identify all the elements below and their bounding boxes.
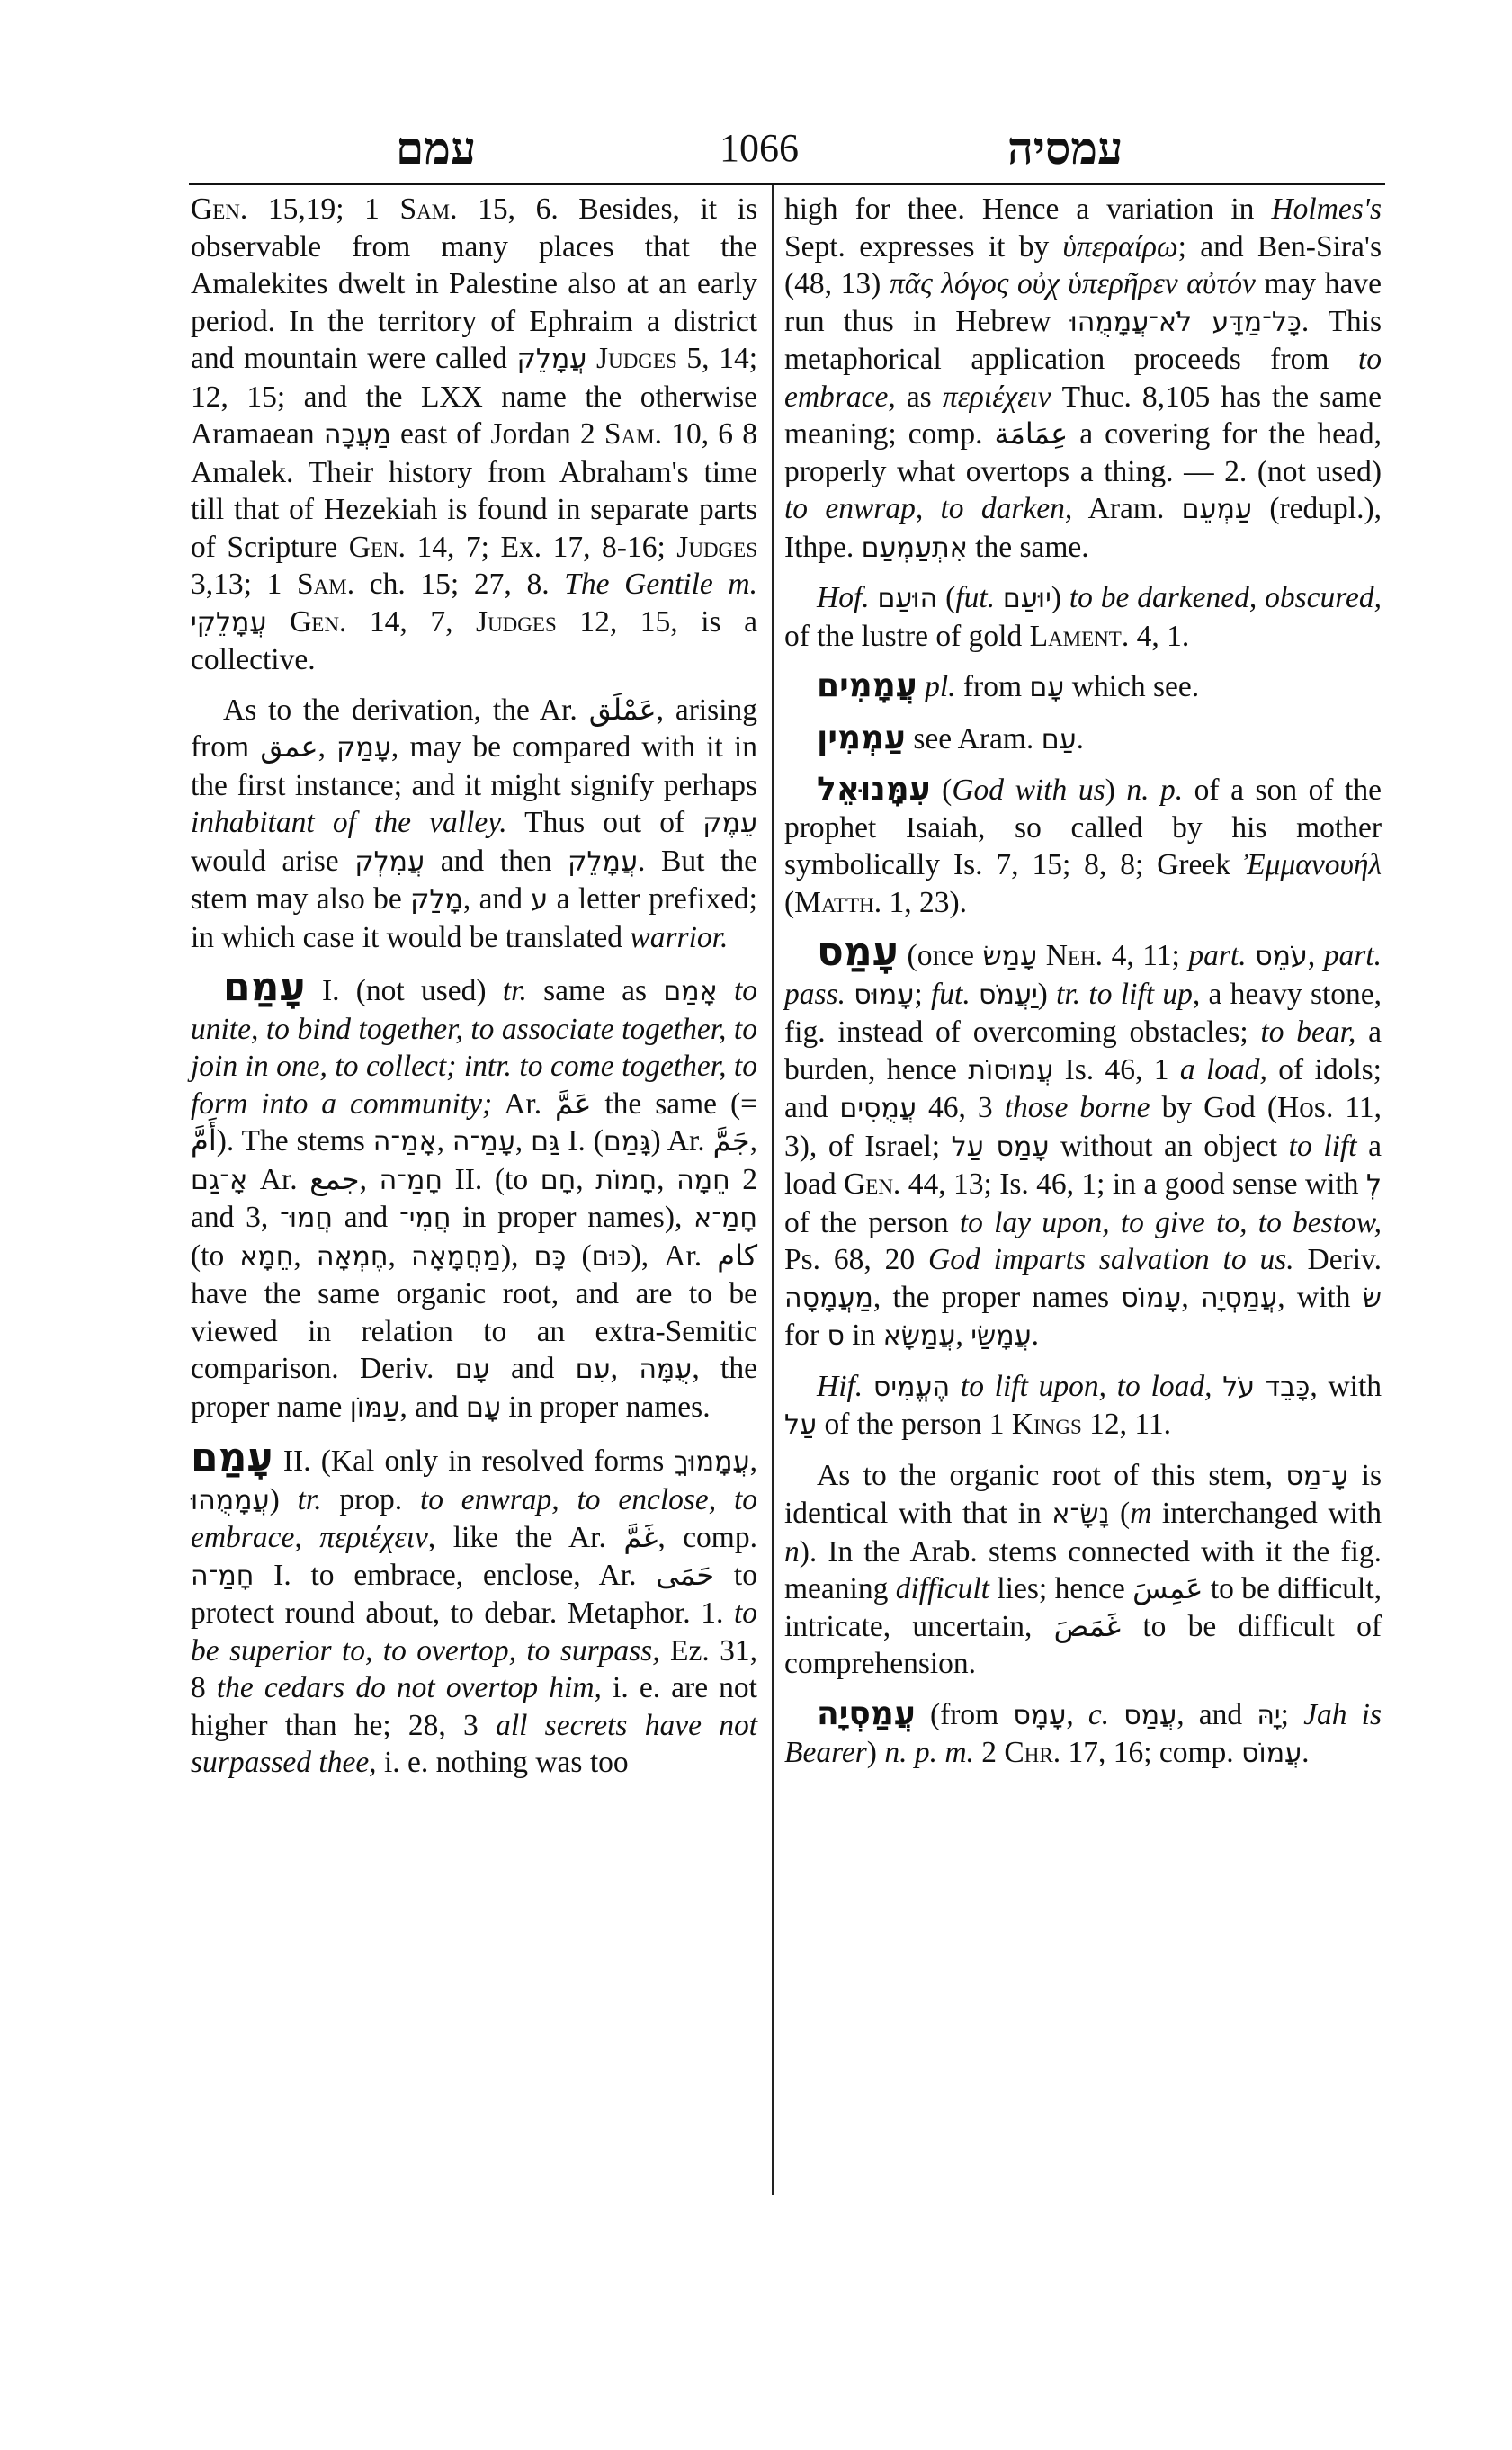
arabic-word: عِمَامَة bbox=[995, 416, 1069, 451]
entry-amam-II-continued: high for thee. Hence a variation in Holm… bbox=[784, 191, 1382, 567]
text: ), Ar. bbox=[631, 1239, 718, 1273]
text: , bbox=[293, 1239, 316, 1273]
text: . bbox=[1077, 722, 1084, 756]
headword: עָמַם bbox=[191, 1435, 273, 1480]
headword: עַמְמִין bbox=[817, 720, 906, 756]
text: in proper names), bbox=[451, 1201, 693, 1234]
subentry-hifil: Hif. הֶעֱמִיס to lift upon, to load, עֹל… bbox=[784, 1368, 1382, 1444]
reference: Judges bbox=[596, 342, 677, 375]
headword: עָמַם bbox=[223, 964, 306, 1010]
text: , bbox=[360, 1163, 380, 1196]
italic-text: a load, bbox=[1180, 1053, 1267, 1086]
hebrew-word: הוּעַם bbox=[878, 583, 938, 614]
hebrew-word: עִם bbox=[576, 1354, 611, 1385]
text: without an object bbox=[1049, 1130, 1288, 1163]
italic-text: to enwrap, to darken, bbox=[784, 492, 1072, 525]
hebrew-word: יוּעַם bbox=[1003, 583, 1051, 614]
italic-text: m bbox=[1130, 1497, 1151, 1530]
text: from bbox=[956, 670, 1030, 703]
hebrew-word: מַחֲמָאָה bbox=[411, 1241, 501, 1273]
text bbox=[1255, 1370, 1266, 1403]
italic-text: pl. bbox=[925, 670, 955, 703]
text: of the person bbox=[784, 1206, 960, 1239]
text: ; bbox=[1281, 1698, 1303, 1731]
hebrew-word: עֲמָלֵק bbox=[568, 846, 638, 878]
text: (from bbox=[916, 1698, 1014, 1731]
text: i. e. nothing was too bbox=[377, 1746, 629, 1779]
arabic-word: جَمَّ bbox=[713, 1123, 750, 1158]
hebrew-word: עֲמָלֵק bbox=[517, 344, 587, 375]
hebrew-word: מָלַק bbox=[410, 884, 463, 916]
text: high for thee. Hence a variation in bbox=[784, 192, 1271, 226]
reference: Gen. bbox=[844, 1167, 900, 1201]
left-column: Gen. 15,19; 1 Sam. 15, 6. Besides, it is… bbox=[191, 191, 757, 1782]
text: ch. 15; 27, 8. bbox=[354, 568, 564, 601]
hebrew-word: אָמַם bbox=[663, 976, 717, 1007]
text bbox=[845, 978, 854, 1011]
text: ) bbox=[270, 1483, 298, 1516]
reference: Neh. bbox=[1046, 939, 1103, 972]
text: , bbox=[750, 1444, 757, 1478]
italic-text: to bear, bbox=[1260, 1015, 1355, 1049]
hebrew-word: עֲמֻסִים bbox=[839, 1093, 917, 1124]
text: 15,19; 1 bbox=[247, 192, 399, 226]
entry-amalek-continued: Gen. 15,19; 1 Sam. 15, 6. Besides, it is… bbox=[191, 191, 757, 679]
text: , like the Ar. bbox=[428, 1521, 623, 1554]
text: , bbox=[1181, 1281, 1201, 1314]
text bbox=[302, 1521, 319, 1554]
text: ). The stems bbox=[217, 1124, 373, 1158]
italic-text: God imparts salvation to us. bbox=[928, 1243, 1294, 1276]
text: ( bbox=[566, 1239, 591, 1273]
greek-word: περιέχειν bbox=[943, 380, 1051, 414]
hebrew-word: אִתְעַמְעַם bbox=[862, 532, 968, 564]
text: Ps. 68, 20 bbox=[784, 1243, 928, 1276]
hebrew-word: עַמְעֵם bbox=[1182, 494, 1252, 525]
text: , bbox=[437, 1124, 452, 1158]
hebrew-word: עֵמֶק bbox=[702, 808, 757, 839]
paragraph-organic-root: As to the organic root of this stem, עָ־… bbox=[784, 1457, 1382, 1683]
text: II. (Kal only in resolved forms bbox=[273, 1444, 675, 1478]
greek-word: περιέχειν bbox=[319, 1521, 428, 1554]
hebrew-word: חָם bbox=[541, 1165, 577, 1196]
text: ) Ar. bbox=[651, 1124, 713, 1158]
reference: Sam. bbox=[399, 192, 457, 226]
text: east of Jordan 2 bbox=[391, 417, 604, 451]
italic-text: difficult bbox=[896, 1572, 989, 1605]
text: would arise bbox=[191, 845, 354, 878]
hebrew-word: כָּם bbox=[534, 1241, 567, 1273]
hebrew-word: עֲמָמוּךָ bbox=[675, 1446, 750, 1478]
reference: Gen. bbox=[290, 605, 346, 639]
text: , and bbox=[463, 882, 532, 916]
reference: Gen. bbox=[349, 531, 406, 564]
headword: עֲמָמִים bbox=[817, 667, 917, 704]
text bbox=[1109, 1698, 1123, 1731]
text: and bbox=[333, 1201, 399, 1234]
text: , bbox=[388, 1239, 410, 1273]
italic-text: fut. bbox=[955, 581, 995, 614]
header-rule bbox=[189, 183, 1385, 185]
text: which see. bbox=[1064, 670, 1199, 703]
text: as bbox=[896, 380, 943, 414]
text: . bbox=[1032, 1319, 1039, 1352]
text: 17, 16; comp. bbox=[1060, 1736, 1241, 1769]
italic-text: to lay upon, to give to, to bestow, bbox=[960, 1206, 1382, 1239]
hebrew-word: עֲמַסְיָה bbox=[1201, 1283, 1277, 1314]
hebrew-word: גָּמַם bbox=[604, 1126, 651, 1158]
text: , bbox=[576, 1163, 595, 1196]
hebrew-word: עֹל bbox=[1222, 1372, 1255, 1403]
hebrew-word: עֹמֵס bbox=[1255, 941, 1308, 972]
hebrew-word: עָמָס bbox=[1013, 1700, 1066, 1731]
text: , bbox=[1066, 1698, 1088, 1731]
text: , the proper names bbox=[873, 1281, 1121, 1314]
text bbox=[1037, 939, 1046, 972]
hebrew-word: חָמוֹת bbox=[595, 1165, 657, 1196]
hebrew-word: חָמַ־ה bbox=[380, 1165, 443, 1196]
hebrew-word: עָמַ־ה bbox=[452, 1126, 515, 1158]
text: see Aram. bbox=[906, 722, 1042, 756]
italic-text: tr. bbox=[503, 974, 527, 1007]
hebrew-phrase: כָּל־מַדָּע לֹא־עֲמָמֻהוּ bbox=[1070, 307, 1302, 338]
hebrew-word: עָמוֹס bbox=[1121, 1283, 1181, 1314]
hebrew-word: חֶמְאָה bbox=[317, 1241, 389, 1273]
text: 4, 1. bbox=[1129, 620, 1189, 653]
reference: Sam. bbox=[604, 417, 662, 451]
text: Deriv. bbox=[1294, 1243, 1382, 1276]
headword: עִמָּנוּאֵל bbox=[817, 771, 931, 808]
hebrew-word: הֶעֱמִיס bbox=[873, 1372, 950, 1403]
left-guideword: עמם bbox=[396, 117, 476, 180]
text: Aram. bbox=[1072, 492, 1181, 525]
right-guideword: עמסיה bbox=[1007, 117, 1123, 180]
hebrew-word: עֲמָמֻהוּ bbox=[191, 1485, 270, 1516]
reference: Judges bbox=[676, 531, 757, 564]
text: ( bbox=[1109, 1497, 1130, 1530]
greek-word: Ἐμμανουήλ bbox=[1244, 848, 1382, 881]
italic-text: to be darkened, obscured, bbox=[1069, 581, 1382, 614]
text: 46, 3 bbox=[917, 1091, 1005, 1124]
text: ) bbox=[1038, 978, 1056, 1011]
hebrew-word: עֲמַשָׂא bbox=[883, 1320, 956, 1352]
italic-text: Hof. bbox=[817, 581, 870, 614]
text bbox=[1212, 1370, 1222, 1403]
text: ) bbox=[1105, 773, 1127, 807]
text: ) bbox=[867, 1736, 885, 1769]
hebrew-word: חֲמוּ־ bbox=[280, 1203, 333, 1234]
hebrew-word: עֲמָשַׂי bbox=[971, 1320, 1031, 1352]
text: As to the organic root of this stem, bbox=[817, 1459, 1285, 1492]
hebrew-word: מַעֲכָה bbox=[324, 419, 391, 451]
text: 3,13; 1 bbox=[191, 568, 297, 601]
hebrew-word: כּוּם bbox=[592, 1241, 631, 1273]
italic-text: the cedars do not overtop him, bbox=[217, 1671, 602, 1704]
text: I. ( bbox=[559, 1124, 604, 1158]
entry-amas: עָמַס (once עָמַשׂ Neh. 4, 11; part. עֹמ… bbox=[784, 934, 1382, 1355]
text: prop. bbox=[322, 1483, 420, 1516]
hebrew-word: חֵמָא bbox=[239, 1241, 293, 1273]
subentry-hofal: Hof. הוּעַם (fut. יוּעַם) to be darkened… bbox=[784, 579, 1382, 655]
text: , comp. bbox=[658, 1521, 757, 1554]
text bbox=[870, 581, 878, 614]
italic-text: inhabitant of the valley. bbox=[191, 806, 507, 839]
text bbox=[267, 605, 291, 639]
text: 1, 23). bbox=[881, 886, 967, 919]
text bbox=[917, 670, 925, 703]
text: , and bbox=[400, 1390, 467, 1424]
headword: עָמַס bbox=[817, 929, 899, 975]
text: ( bbox=[931, 773, 953, 807]
text: lies; hence bbox=[989, 1572, 1132, 1605]
text: As to the derivation, the Ar. bbox=[223, 693, 589, 727]
text: and bbox=[490, 1352, 576, 1385]
text: I. (not used) bbox=[306, 974, 503, 1007]
entry-amam-I: עָמַם I. (not used) tr. same as אָמַם to… bbox=[191, 969, 757, 1426]
text: (to bbox=[191, 1239, 239, 1273]
text: Thus out of bbox=[507, 806, 703, 839]
hebrew-word: עֲמוּסוֹת bbox=[968, 1055, 1053, 1086]
text: in proper names. bbox=[501, 1390, 711, 1424]
italic-text: tr. bbox=[298, 1483, 322, 1516]
text bbox=[1247, 939, 1256, 972]
italic-text: n. p. bbox=[1126, 773, 1183, 807]
page-number: 1066 bbox=[720, 117, 799, 180]
text: , bbox=[515, 1124, 531, 1158]
text: , bbox=[750, 1124, 757, 1158]
reference: Lament. bbox=[1030, 620, 1130, 653]
entry-ammin: עַמְמִין see Aram. עַם. bbox=[784, 720, 1382, 759]
text bbox=[995, 581, 1003, 614]
italic-text: n. p. m. bbox=[884, 1736, 974, 1769]
arabic-word: عمق bbox=[260, 729, 318, 764]
arabic-word: جمع bbox=[309, 1162, 359, 1196]
italic-text: to lift upon, to load, bbox=[961, 1370, 1212, 1403]
reference: Chr. bbox=[1004, 1736, 1060, 1769]
arabic-word: غَمَّ bbox=[623, 1520, 658, 1554]
hebrew-word: עַמּוֹן bbox=[350, 1392, 400, 1424]
text: 2 bbox=[974, 1736, 1005, 1769]
hebrew-word: עֲמָלֵקִי bbox=[191, 607, 267, 639]
reference: Kings bbox=[1012, 1408, 1082, 1441]
italic-text: part. bbox=[1188, 939, 1246, 972]
text: , bbox=[318, 730, 337, 764]
text: ( bbox=[784, 886, 794, 919]
text: ) bbox=[1051, 581, 1069, 614]
hebrew-word: עָם bbox=[466, 1392, 501, 1424]
text: , with bbox=[1277, 1281, 1362, 1314]
hebrew-letter: שׂ bbox=[1363, 1283, 1382, 1314]
page-header: עמם 1066 עמסיה bbox=[189, 117, 1385, 180]
headword: עֲמַסְיָה bbox=[817, 1695, 916, 1732]
text: (once bbox=[899, 939, 983, 972]
text bbox=[950, 1370, 961, 1403]
italic-text: Holmes's bbox=[1271, 192, 1382, 226]
arabic-word: أَمَّ bbox=[191, 1123, 217, 1158]
text: , and bbox=[1176, 1698, 1257, 1731]
hebrew-phrase: עָמַס עַל bbox=[952, 1131, 1050, 1163]
text: 12, 11. bbox=[1082, 1408, 1171, 1441]
text: , with bbox=[1310, 1370, 1382, 1403]
italic-text: tr. to lift up, bbox=[1056, 978, 1200, 1011]
text: , bbox=[955, 1319, 971, 1352]
text: I. to embrace, enclose, Ar. bbox=[254, 1559, 656, 1592]
text bbox=[863, 1370, 873, 1403]
arabic-word: كام bbox=[717, 1238, 757, 1273]
text bbox=[971, 978, 979, 1011]
reference: Sam. bbox=[297, 568, 354, 601]
hebrew-word: מַעֲמָסָה bbox=[784, 1283, 873, 1314]
hebrew-word: יָהּ bbox=[1257, 1700, 1280, 1731]
text: 14, 7, bbox=[346, 605, 476, 639]
greek-word: ὑπεραίρω bbox=[1063, 230, 1178, 264]
column-divider bbox=[772, 185, 774, 2195]
hebrew-word: עֲמַס bbox=[1123, 1700, 1176, 1731]
entry-immanuel: עִמָּנוּאֵל (God with us) n. p. of a son… bbox=[784, 771, 1382, 921]
hebrew-word: יַעֲמֹס bbox=[979, 979, 1038, 1011]
greek-phrase: πᾶς λόγος οὐχ ὑπερῆρεν αὐτόν bbox=[890, 267, 1256, 300]
hebrew-word: חֲמִי־ bbox=[399, 1203, 452, 1234]
text: ), bbox=[501, 1239, 534, 1273]
italic-text: warrior. bbox=[630, 921, 728, 954]
arabic-word: حَمَى bbox=[656, 1558, 714, 1592]
arabic-word: عَمْلَق bbox=[589, 693, 657, 727]
hebrew-word: עֲמִלְק bbox=[354, 846, 425, 878]
text: of the lustre of gold bbox=[784, 620, 1030, 653]
text: 44, 13; Is. 46, 1; in a good sense with bbox=[900, 1167, 1366, 1201]
text: in bbox=[845, 1319, 883, 1352]
reference: Matth. bbox=[794, 886, 881, 919]
italic-text: The Gentile m. bbox=[564, 568, 757, 601]
reference: Judges bbox=[476, 605, 557, 639]
text: , bbox=[1308, 939, 1324, 972]
hebrew-word: אָ־גַם bbox=[191, 1165, 247, 1196]
hebrew-word: עַל bbox=[784, 1409, 817, 1441]
reference: Gen. bbox=[191, 192, 247, 226]
hebrew-word: עָמַשׂ bbox=[983, 941, 1038, 972]
right-column: high for thee. Hence a variation in Holm… bbox=[784, 191, 1382, 1773]
hebrew-word: עָמַק bbox=[336, 732, 391, 764]
hebrew-word: עַם bbox=[1042, 724, 1077, 756]
text: Is. 46, 1 bbox=[1053, 1053, 1180, 1086]
arabic-word: غَمَصَ bbox=[1054, 1609, 1121, 1643]
arabic-word: عَمِسَ bbox=[1132, 1571, 1203, 1605]
text bbox=[586, 342, 596, 375]
italic-text: c. bbox=[1088, 1698, 1109, 1731]
text: 4, 11; bbox=[1103, 939, 1188, 972]
hebrew-word: נָשָׂ־א bbox=[1051, 1498, 1109, 1530]
text: Ar. bbox=[247, 1163, 309, 1196]
hebrew-word: עָם bbox=[1029, 672, 1064, 703]
hebrew-letter: ס bbox=[827, 1320, 844, 1352]
entry-amasiah: עֲמַסְיָה (from עָמָס, c. עֲמַס, and יָה… bbox=[784, 1695, 1382, 1773]
text: , bbox=[611, 1352, 640, 1385]
text: ; bbox=[914, 978, 931, 1011]
hebrew-word: עֻמָּה bbox=[639, 1354, 692, 1385]
hebrew-word: עָ־מַס bbox=[1285, 1461, 1348, 1492]
text: . bbox=[1302, 1736, 1309, 1769]
text: for bbox=[784, 1319, 827, 1352]
hebrew-word: חָמַ־א bbox=[693, 1203, 757, 1234]
italic-text: Hif. bbox=[817, 1370, 863, 1403]
entry-amam-II: עָמַם II. (Kal only in resolved forms עֲ… bbox=[191, 1439, 757, 1782]
text: interchanged with bbox=[1151, 1497, 1382, 1530]
hebrew-word: חֵמָה bbox=[676, 1165, 730, 1196]
text: II. (to bbox=[443, 1163, 541, 1196]
text: 14, 7; Ex. 17, 8-16; bbox=[406, 531, 676, 564]
hebrew-letter: ע bbox=[531, 884, 548, 916]
italic-text: to lift bbox=[1289, 1130, 1357, 1163]
text: Sept. expresses it by bbox=[784, 230, 1063, 264]
hebrew-word: עֲמוֹס bbox=[1241, 1738, 1302, 1769]
italic-text: God with us bbox=[952, 773, 1105, 807]
text: of the person 1 bbox=[817, 1408, 1012, 1441]
text: ( bbox=[937, 581, 955, 614]
hebrew-word: עָמוּס bbox=[854, 979, 914, 1011]
hebrew-letter: לְ bbox=[1366, 1169, 1382, 1201]
text: the same (= bbox=[591, 1087, 757, 1121]
italic-text: fut. bbox=[931, 978, 971, 1011]
arabic-word: عَمَّ bbox=[555, 1086, 591, 1121]
text: Ar. bbox=[492, 1087, 555, 1121]
hebrew-word: אָמַ־ה bbox=[373, 1126, 437, 1158]
hebrew-word: עָם bbox=[455, 1354, 490, 1385]
text: and then bbox=[425, 845, 568, 878]
paragraph-derivation: As to the derivation, the Ar. عَمْلَق, a… bbox=[191, 692, 757, 957]
hebrew-word: חָמַ־ה bbox=[191, 1560, 254, 1592]
entry-amamim: עֲמָמִים pl. from עָם which see. bbox=[784, 667, 1382, 707]
text: , bbox=[657, 1163, 676, 1196]
text: same as bbox=[527, 974, 664, 1007]
hebrew-word: כָּבֵד bbox=[1266, 1372, 1311, 1403]
italic-text: n bbox=[784, 1535, 800, 1569]
text: the same. bbox=[968, 531, 1089, 564]
hebrew-word: גַּם bbox=[531, 1126, 559, 1158]
text bbox=[718, 974, 734, 1007]
italic-text: those borne bbox=[1005, 1091, 1150, 1124]
